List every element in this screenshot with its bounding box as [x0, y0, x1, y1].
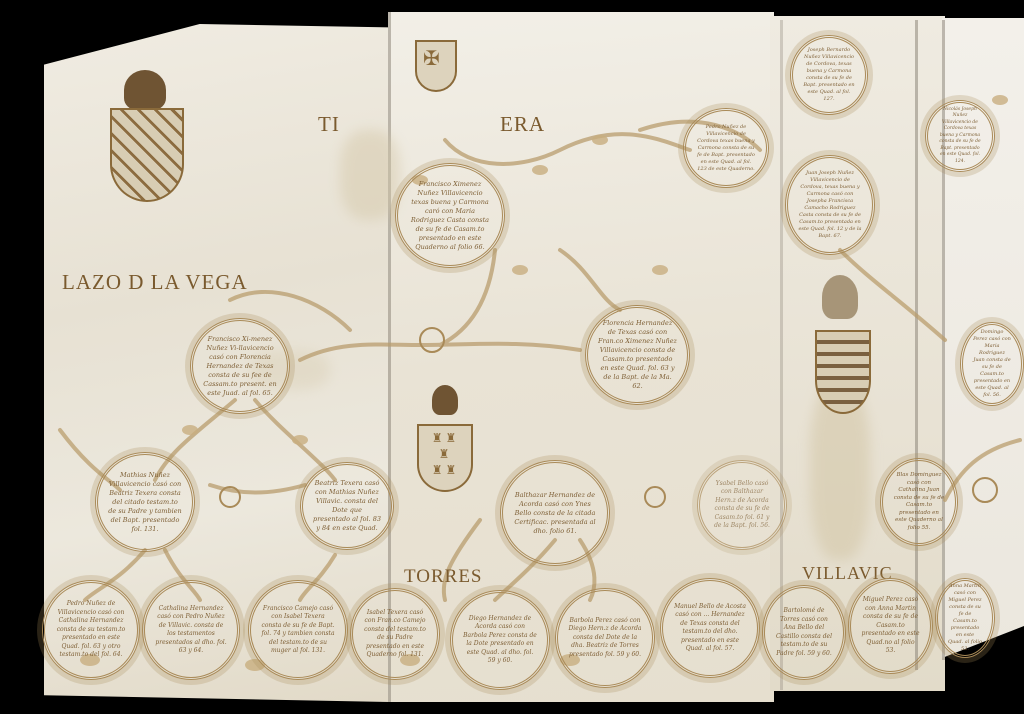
medallion-m1: Francisco Xi-menez Nuñez Vi-llavicencio … — [190, 318, 290, 414]
medallion-m8: Cathalina Hernandez casó con Pedro Nuñez… — [142, 580, 240, 680]
medallion-m12: Barbola Perez casó con Diego Hern.z de A… — [555, 588, 655, 688]
shield-icon — [110, 108, 184, 202]
medallion-m14: Ysabel Bello casó con Balthazar Hern.z d… — [697, 460, 787, 550]
medallion-text: Manuel Bello de Acosta casó con ... Hern… — [673, 603, 747, 654]
heading-tierra-right: ERA — [500, 112, 545, 137]
heading-lazo-de-la-vega: LAZO D LA VEGA — [62, 270, 248, 295]
medallion-m11: Diego Hernandez de Acorda casó con Barbo… — [450, 590, 550, 690]
medallion-m19: Domingo Perez casó con Maria Rodriguez J… — [960, 322, 1024, 406]
medallion-text: Juan Joseph Nuñez Villavicencio de Cordo… — [798, 170, 862, 240]
medallion-text: Florencia Hernandez de Texas casó con Fr… — [598, 319, 677, 391]
medallion-m16: Miguel Perez casó con Anna Martin consta… — [848, 578, 933, 674]
medallion-m9: Francisco Camejo casó con Isabel Texera … — [248, 580, 348, 680]
medallion-m20: Joseph Bernardo Nuñez Villavicencio de C… — [790, 35, 868, 115]
medallion-m22: Pedro Nuñez de Villavicencio de Cordova … — [683, 108, 769, 188]
medallion-text: Joseph Bernardo Nuñez Villavicencio de C… — [803, 47, 855, 103]
medallion-m18: Blas Dominguez casó con Cathalina Juan c… — [880, 458, 958, 546]
medallion-text: Bartolomé de Torres casó con Ana Bello d… — [775, 607, 833, 658]
medallion-m7: Pedro Nuñez de Villavicencio casó con Ca… — [42, 580, 140, 680]
medallion-m21: Juan Joseph Nuñez Villavicencio de Cordo… — [785, 155, 875, 255]
medallion-text: Francisco Xi-menez Nuñez Vi-llavicencio … — [203, 335, 277, 398]
medallion-text: Barbola Perez casó con Diego Hern.z de A… — [568, 617, 642, 660]
medallion-text: Francisco Ximenez Nuñez Villavicencio te… — [408, 180, 492, 252]
medallion-m15: Bartolomé de Torres casó con Ana Bello d… — [762, 585, 846, 680]
cross-icon: ✠ — [423, 46, 440, 71]
medallion-text: Diego Hernandez de Acorda casó con Barbo… — [463, 615, 537, 666]
medallion-m4: Mathias Nuñez Villavicencio casó con Bea… — [95, 452, 195, 552]
medallion-m3: Florencia Hernandez de Texas casó con Fr… — [585, 305, 690, 405]
heading-torres: TORRES — [404, 566, 483, 588]
medallion-text: Miguel Perez casó con Anna Martin consta… — [861, 596, 920, 656]
medallion-text: Cathalina Hernandez casó con Pedro Nuñez… — [155, 605, 227, 656]
medallion-m5: Beatriz Texera casó con Mathias Nuñez Vi… — [300, 462, 394, 550]
shield-icon — [815, 330, 871, 414]
heading-tierra-left: TI — [318, 112, 340, 137]
helmet-icon — [822, 275, 858, 319]
medallion-text: Pedro Nuñez de Villavicencio de Cordova … — [696, 124, 756, 173]
medallion-text: Beatriz Texera casó con Mathias Nuñez Vi… — [313, 479, 381, 533]
medallion-text: Mathias Nuñez Villavicencio casó con Bea… — [108, 471, 182, 534]
medallion-text: Isabel Texera casó con Fran.co Camejo co… — [363, 609, 427, 660]
helmet-icon — [124, 70, 166, 110]
medallion-text: Domingo Perez casó con Maria Rodriguez J… — [973, 329, 1011, 399]
medallion-text: Ysabel Bello casó con Balthazar Hern.z d… — [710, 480, 774, 531]
medallion-text: Blas Dominguez casó con Cathalina Juan c… — [893, 472, 945, 532]
helmet-icon — [432, 385, 458, 415]
medallion-text: Pedro Nuñez de Villavicencio casó con Ca… — [55, 600, 127, 660]
medallion-m17: Anna Martin casó con Miguel Perez consta… — [935, 578, 995, 658]
medallion-text: Balthazar Hernandez de Acorda casó con Y… — [513, 491, 597, 536]
medallion-m6: Balthazar Hernandez de Acorda casó con Y… — [500, 460, 610, 566]
tower-icon: ♜ ♜♜♜ ♜ — [424, 430, 464, 478]
medallion-text: Francisco Camejo casó con Isabel Texera … — [261, 605, 335, 656]
medallion-m23: Nicolás Joseph Nuñez Villavicencio de Co… — [925, 100, 995, 172]
medallion-text: Anna Martin casó con Miguel Perez consta… — [948, 583, 982, 653]
medallion-m2: Francisco Ximenez Nuñez Villavicencio te… — [395, 163, 505, 268]
medallion-m10: Isabel Texera casó con Fran.co Camejo co… — [350, 588, 440, 680]
medallion-m13: Manuel Bello de Acosta casó con ... Hern… — [660, 578, 760, 678]
medallion-text: Nicolás Joseph Nuñez Villavicencio de Co… — [938, 107, 982, 166]
